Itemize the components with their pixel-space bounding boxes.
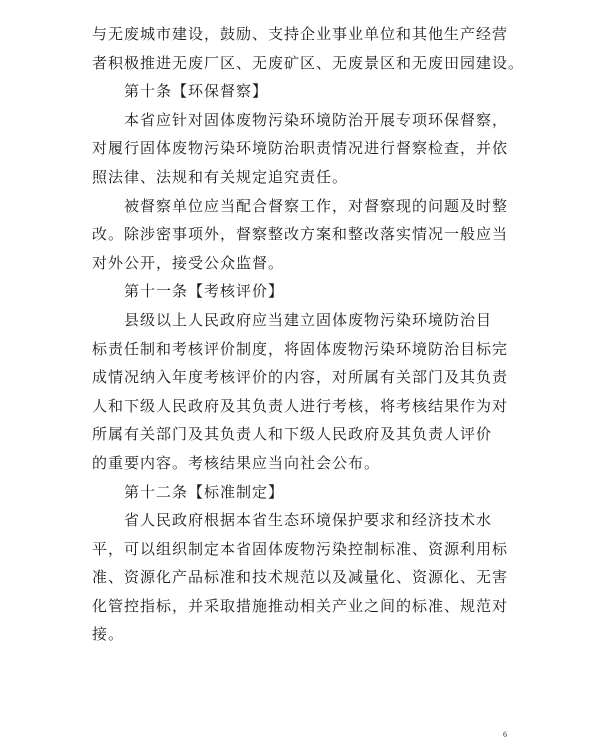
text-line: 所属有关部门及其负责人和下级人民政府及其负责人评价 xyxy=(92,420,510,449)
text-line: 者积极推进无废厂区、无废矿区、无废景区和无废田园建设。 xyxy=(92,49,510,78)
article-heading-11: 第十一条【考核评价】 xyxy=(92,277,510,306)
page-number: 6 xyxy=(503,730,507,740)
text-line: 改。除涉密事项外，督察整改方案和整改落实情况一般应当 xyxy=(92,220,510,249)
paragraph-start: 省人民政府根据本省生态环境保护要求和经济技术水 xyxy=(92,506,510,535)
paragraph-start: 本省应针对固体废物污染环境防治开展专项环保督察， xyxy=(92,106,510,135)
text-line: 标责任制和考核评价制度，将固体废物污染环境防治目标完 xyxy=(92,335,510,364)
text-line: 的重要内容。考核结果应当向社会公布。 xyxy=(92,449,510,478)
text-line: 化管控指标，并采取措施推动相关产业之间的标准、规范对 xyxy=(92,592,510,621)
paragraph-start: 县级以上人民政府应当建立固体废物污染环境防治目 xyxy=(92,306,510,335)
document-body: 与无废城市建设，鼓励、支持企业事业单位和其他生产经营 者积极推进无废厂区、无废矿… xyxy=(92,20,510,649)
text-line: 对外公开，接受公众监督。 xyxy=(92,249,510,278)
text-line: 接。 xyxy=(92,620,510,649)
text-line: 准、资源化产品标准和技术规范以及减量化、资源化、无害 xyxy=(92,563,510,592)
text-line: 对履行固体废物污染环境防治职责情况进行督察检查，并依 xyxy=(92,134,510,163)
article-heading-12: 第十二条【标准制定】 xyxy=(92,478,510,507)
text-line: 人和下级人民政府及其负责人进行考核，将考核结果作为对 xyxy=(92,392,510,421)
article-heading-10: 第十条【环保督察】 xyxy=(92,77,510,106)
text-line: 照法律、法规和有关规定追究责任。 xyxy=(92,163,510,192)
text-line: 平，可以组织制定本省固体废物污染控制标准、资源利用标 xyxy=(92,535,510,564)
document-page: 与无废城市建设，鼓励、支持企业事业单位和其他生产经营 者积极推进无废厂区、无废矿… xyxy=(0,0,600,747)
text-line: 与无废城市建设，鼓励、支持企业事业单位和其他生产经营 xyxy=(92,20,510,49)
text-line: 成情况纳入年度考核评价的内容，对所属有关部门及其负责 xyxy=(92,363,510,392)
paragraph-start: 被督察单位应当配合督察工作，对督察现的问题及时整 xyxy=(92,192,510,221)
